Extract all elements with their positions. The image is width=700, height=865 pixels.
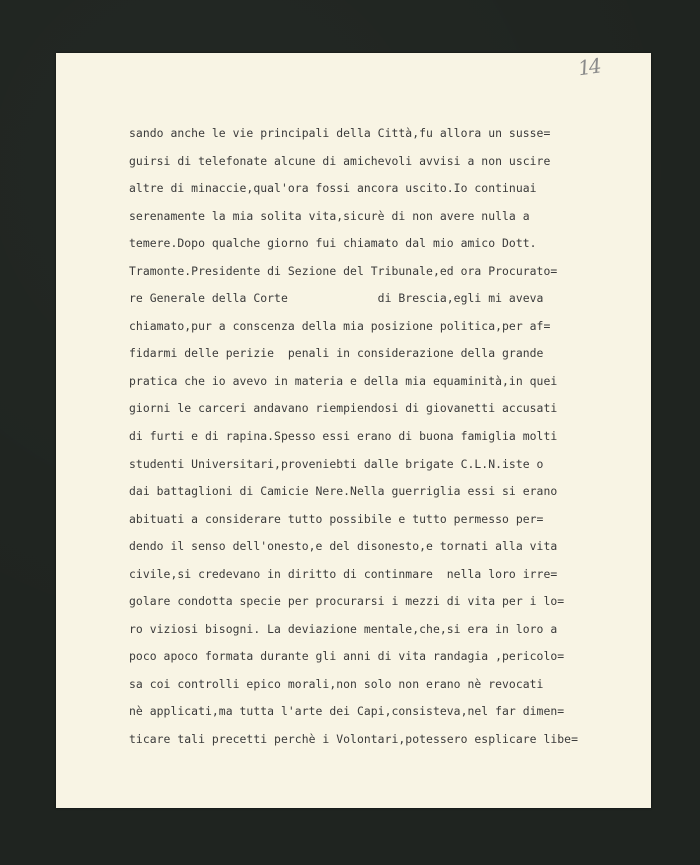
text-line: pratica che io avevo in materia e della … [129, 368, 639, 396]
text-line: civile,si credevano in diritto di contin… [129, 561, 639, 589]
text-line: studenti Universitari,proveniebti dalle … [129, 451, 639, 479]
text-line: fidarmi delle perizie penali in consider… [129, 340, 639, 368]
text-line: nè applicati,ma tutta l'arte dei Capi,co… [129, 698, 639, 726]
text-line: golare condotta specie per procurarsi i … [129, 588, 639, 616]
text-line: re Generale della Corte di Brescia,egli … [129, 285, 639, 313]
text-line: abituati a considerare tutto possibile e… [129, 506, 639, 534]
text-line: Tramonte.Presidente di Sezione del Tribu… [129, 258, 639, 286]
text-line: dendo il senso dell'onesto,e del disones… [129, 533, 639, 561]
text-line: giorni le carceri andavano riempiendosi … [129, 395, 639, 423]
text-line: temere.Dopo qualche giorno fui chiamato … [129, 230, 639, 258]
typewritten-text-block: sando anche le vie principali della Citt… [129, 120, 639, 754]
text-line: ticare tali precetti perchè i Volontari,… [129, 726, 639, 754]
text-line: sando anche le vie principali della Citt… [129, 120, 639, 148]
text-line: ro viziosi bisogni. La deviazione mental… [129, 616, 639, 644]
text-line: serenamente la mia solita vita,sicurè di… [129, 203, 639, 231]
text-line: poco apoco formata durante gli anni di v… [129, 643, 639, 671]
text-line: di furti e di rapina.Spesso essi erano d… [129, 423, 639, 451]
text-line: altre di minaccie,qual'ora fossi ancora … [129, 175, 639, 203]
text-line: guirsi di telefonate alcune di amichevol… [129, 148, 639, 176]
text-line: chiamato,pur a conscenza della mia posiz… [129, 313, 639, 341]
text-line: sa coi controlli epico morali,non solo n… [129, 671, 639, 699]
handwritten-page-number: 14 [576, 54, 601, 81]
text-line: dai battaglioni di Camicie Nere.Nella gu… [129, 478, 639, 506]
